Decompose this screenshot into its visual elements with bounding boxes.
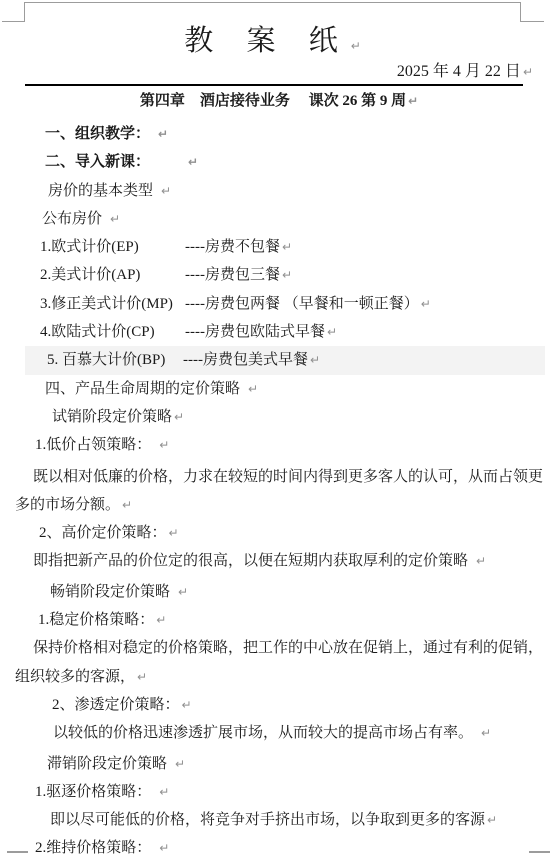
line-text: 公布房价 <box>42 211 102 227</box>
paragraph-mark-icon: ↵ <box>248 382 258 396</box>
line-text: 即指把新产品的价位定的很高，以便在短期内获取厚利的定价策略 <box>33 553 468 569</box>
document-date: 2025 年 4 月 22 日↵ <box>15 60 543 84</box>
chapter-heading: 第四章 酒店接待业务 课次 26 第 9 周↵ <box>15 88 543 114</box>
paragraph-mark-icon: ↵ <box>282 268 292 282</box>
paragraph-mark-icon: ↵ <box>159 438 169 452</box>
line-high-price-desc: 即指把新产品的价位定的很高，以便在短期内获取厚利的定价策略↵ <box>15 547 543 575</box>
document-title: 教 案 纸↵ <box>15 22 543 60</box>
price-list-item-highlighted: 5. 百慕大计价(BP)----房费包美式早餐↵ <box>25 346 545 374</box>
paragraph-mark-icon: ↵ <box>169 526 179 540</box>
paragraph-mark-icon: ↵ <box>327 325 337 339</box>
line-penetration-label: 2、渗透定价策略：↵ <box>15 691 543 719</box>
price-list-item: 3.修正美式计价(MP)----房费包两餐 （早餐和一顿正餐）↵ <box>15 290 543 318</box>
price-item-label: 1.欧式计价(EP) <box>40 233 185 261</box>
paragraph-mark-icon: ↵ <box>476 554 486 568</box>
crop-mark-top-left-vertical <box>24 2 25 22</box>
line-stable-price-label: 1.稳定价格策略：↵ <box>15 606 543 634</box>
line-text: 一、组织教学： <box>45 126 150 142</box>
crop-mark-top-right-vertical <box>520 2 521 22</box>
line-text: 以较低的价格迅速渗透扩展市场，从而较大的提高市场占有率。 <box>53 725 473 741</box>
price-item-desc: ----房费包美式早餐 <box>183 352 308 368</box>
paragraph-mark-icon: ↵ <box>122 498 132 512</box>
price-item-label: 4.欧陆式计价(CP) <box>40 318 185 346</box>
lesson-body: 一、组织教学：↵ 二、导入新课：↵ 房价的基本类型↵ 公布房价↵ 1.欧式计价(… <box>15 120 543 858</box>
line-text: 试销阶段定价策略 <box>52 409 172 425</box>
paragraph-mark-icon: ↵ <box>159 841 169 855</box>
price-item-desc: ----房费包两餐 （早餐和一顿正餐） <box>185 296 419 312</box>
price-item-desc: ----房费包欧陆式早餐 <box>185 324 325 340</box>
price-item-desc: ----房费不包餐 <box>185 239 280 255</box>
section-lifecycle-pricing: 四、产品生命周期的定价策略↵ <box>15 375 543 403</box>
page-top-edge-line <box>24 2 521 3</box>
crop-mark-top-right-horizontal <box>520 21 544 22</box>
chapter-heading-text: 第四章 酒店接待业务 课次 26 第 9 周 <box>140 93 406 109</box>
section-lead-in: 二、导入新课：↵ <box>15 148 543 176</box>
line-published-price: 公布房价↵ <box>15 205 543 233</box>
paragraph-mark-icon: ↵ <box>481 726 491 740</box>
line-text: 房价的基本类型 <box>48 183 153 199</box>
line-text: 1.稳定价格策略： <box>38 612 154 628</box>
line-text: 滞销阶段定价策略 <box>47 756 167 772</box>
line-low-price-label: 1.低价占领策略：↵ <box>15 431 543 459</box>
price-list-item: 2.美式计价(AP)----房费包三餐↵ <box>15 261 543 289</box>
document-title-text: 教 案 纸 <box>184 25 351 57</box>
paragraph-mark-icon: ↵ <box>178 585 188 599</box>
price-item-label: 5. 百慕大计价(BP) <box>47 346 183 374</box>
price-item-label: 3.修正美式计价(MP) <box>40 290 185 318</box>
line-price-types-title: 房价的基本类型↵ <box>15 177 543 205</box>
paragraph-mark-icon: ↵ <box>310 353 320 367</box>
paragraph-text: 既以相对低廉的价格，力求在较短的时间内得到更多客人的认可，从而占领更多的市场分额… <box>15 469 543 513</box>
price-list-item: 4.欧陆式计价(CP)----房费包欧陆式早餐↵ <box>15 318 543 346</box>
line-text: 2、高价定价策略： <box>39 525 167 541</box>
line-text: 四、产品生命周期的定价策略 <box>45 381 240 397</box>
crop-mark-top-left-horizontal <box>2 21 25 22</box>
price-item-label: 2.美式计价(AP) <box>40 261 185 289</box>
header-divider-line <box>25 84 523 86</box>
paragraph-mark-icon: ↵ <box>351 39 374 53</box>
crop-mark-bottom-right <box>529 851 550 853</box>
paragraph-low-price-desc: 既以相对低廉的价格，力求在较短的时间内得到更多客人的认可，从而占领更多的市场分额… <box>15 463 543 520</box>
paragraph-mark-icon: ↵ <box>158 127 168 141</box>
line-text: 即以尽可能低的价格，将竞争对手挤出市场，以争取到更多的客源 <box>50 812 485 828</box>
line-text: 1.低价占领策略： <box>35 437 151 453</box>
line-text: 二、导入新课： <box>45 154 150 170</box>
paragraph-mark-icon: ↵ <box>182 698 192 712</box>
date-text: 2025 年 4 月 22 日 <box>397 63 521 80</box>
paragraph-mark-icon: ↵ <box>487 813 497 827</box>
line-expel-price-label: 1.驱逐价格策略：↵ <box>15 778 543 806</box>
line-trial-stage-title: 试销阶段定价策略↵ <box>15 403 543 431</box>
line-text: 1.驱逐价格策略： <box>35 784 151 800</box>
line-text: 畅销阶段定价策略 <box>50 584 170 600</box>
paragraph-mark-icon: ↵ <box>156 613 166 627</box>
crop-mark-bottom-left <box>7 851 28 853</box>
paragraph-text: 保持价格相对稳定的价格策略，把工作的中心放在促销上，通过有利的促销，组织较多的客… <box>15 640 543 684</box>
line-expel-price-desc: 即以尽可能低的价格，将竞争对手挤出市场，以争取到更多的客源↵ <box>15 806 543 834</box>
paragraph-mark-icon: ↵ <box>110 212 120 226</box>
paragraph-mark-icon: ↵ <box>174 410 184 424</box>
price-item-desc: ----房费包三餐 <box>185 267 280 283</box>
paragraph-mark-icon: ↵ <box>408 94 418 108</box>
paragraph-stable-price-desc: 保持价格相对稳定的价格策略，把工作的中心放在促销上，通过有利的促销，组织较多的客… <box>15 634 543 691</box>
paragraph-mark-icon: ↵ <box>282 240 292 254</box>
paragraph-mark-icon: ↵ <box>175 757 185 771</box>
line-high-price-label: 2、高价定价策略：↵ <box>15 519 543 547</box>
line-maintain-price-label: 2.维持价格策略：↵ <box>15 834 543 858</box>
paragraph-mark-icon: ↵ <box>137 670 147 684</box>
line-text: 2、渗透定价策略： <box>52 697 180 713</box>
line-stagnant-stage-title: 滞销阶段定价策略↵ <box>15 750 543 778</box>
line-bestseller-stage-title: 畅销阶段定价策略↵ <box>15 578 543 606</box>
section-organize-teaching: 一、组织教学：↵ <box>15 120 543 148</box>
line-text: 2.维持价格策略： <box>35 840 151 856</box>
paragraph-mark-icon: ↵ <box>421 297 431 311</box>
paragraph-mark-icon: ↵ <box>159 785 169 799</box>
paragraph-mark-icon: ↵ <box>188 155 198 169</box>
paragraph-mark-icon: ↵ <box>161 184 171 198</box>
paragraph-mark-icon: ↵ <box>523 65 533 79</box>
line-penetration-desc: 以较低的价格迅速渗透扩展市场，从而较大的提高市场占有率。↵ <box>15 719 543 747</box>
lesson-plan-page: 教 案 纸↵ 2025 年 4 月 22 日↵ 第四章 酒店接待业务 课次 26… <box>0 0 558 858</box>
price-list-item: 1.欧式计价(EP)----房费不包餐↵ <box>15 233 543 261</box>
